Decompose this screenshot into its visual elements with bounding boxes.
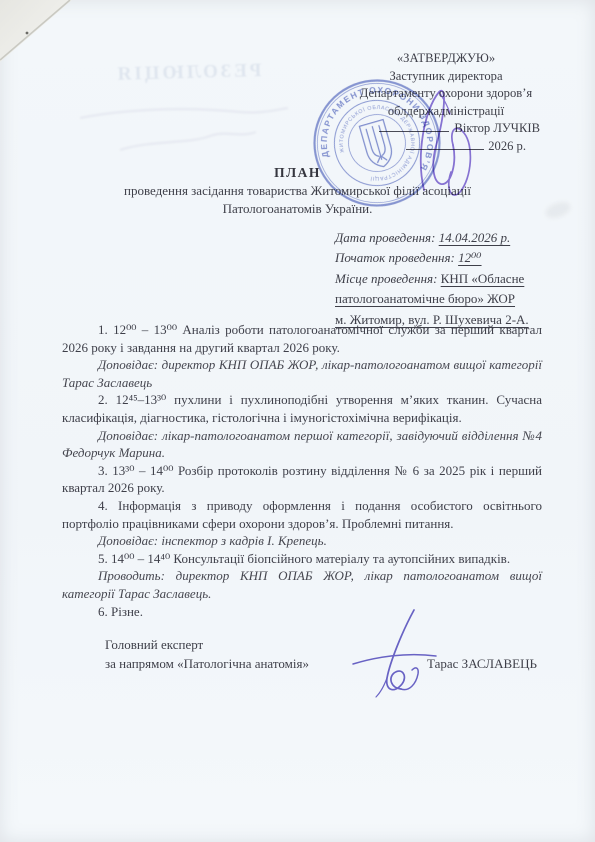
time-label: Початок проведення:	[335, 250, 455, 265]
meeting-meta-block: Дата проведення: 14.04.2026 р. Початок п…	[335, 228, 551, 330]
approval-quote: «ЗАТВЕРДЖУЮ»	[348, 50, 544, 68]
time-value: 12⁰⁰	[458, 250, 481, 265]
footer-position-1: Головний експерт	[105, 636, 309, 655]
agenda-body: 1. 12⁰⁰ – 13⁰⁰ Аналіз роботи патологоана…	[62, 321, 542, 620]
place-value-2: патологоанатомічне бюро» ЖОР	[335, 291, 515, 306]
agenda-item-5: 5. 14⁰⁰ – 14⁴⁰ Консультації біопсійного …	[62, 550, 542, 568]
date-value: 14.04.2026 р.	[439, 230, 511, 245]
meta-time-row: Початок проведення: 12⁰⁰	[335, 248, 551, 268]
title-block: ПЛАН проведення засідання товариства Жит…	[0, 164, 595, 217]
title-subtitle-1: проведення засідання товариства Житомирс…	[0, 182, 595, 200]
place-label: Місце проведення:	[335, 271, 437, 286]
signature-top-ink	[396, 84, 496, 202]
footer-position-2: за напрямом «Патологічна анатомія»	[105, 655, 309, 674]
meta-date-row: Дата проведення: 14.04.2026 р.	[335, 228, 551, 248]
agenda-speaker-1: Доповідає: директор КНП ОПАБ ЖОР, лікар-…	[62, 356, 542, 391]
agenda-item-2: 2. 12⁴⁵–13³⁰ пухлини і пухлиноподібні ут…	[62, 391, 542, 426]
footer-position-block: Головний експерт за напрямом «Патологічн…	[105, 636, 309, 673]
meta-place-row-2: патологоанатомічне бюро» ЖОР	[335, 289, 551, 309]
agenda-speaker-4: Доповідає: інспектор з кадрів І. Крепець…	[62, 532, 542, 550]
signature-bottom-ink	[350, 606, 446, 698]
date-label: Дата проведення:	[335, 230, 435, 245]
page-title: ПЛАН	[0, 164, 595, 182]
title-subtitle-2: Патологоанатомів України.	[0, 200, 595, 218]
meta-place-row-1: Місце проведення: КНП «Обласне	[335, 269, 551, 289]
agenda-item-4: 4. Інформація з приводу оформлення і под…	[62, 497, 542, 532]
corner-fold	[0, 0, 72, 62]
agenda-speaker-5: Проводить: директор КНП ОПАБ ЖОР, лікар …	[62, 567, 542, 602]
agenda-item-3: 3. 13³⁰ – 14⁰⁰ Розбір протоколів розтину…	[62, 462, 542, 497]
scanned-document-page: РЕЗОЛЮЦІЯ «ЗАТВЕРДЖУЮ» Заступник директо…	[0, 0, 595, 842]
agenda-speaker-2: Доповідає: лікар-патологоанатом першої к…	[62, 427, 542, 462]
agenda-item-6: 6. Різне.	[62, 603, 542, 621]
place-value-1: КНП «Обласне	[441, 271, 525, 286]
trident-icon	[359, 120, 395, 170]
bleedthrough-text: РЕЗОЛЮЦІЯ	[88, 59, 289, 86]
agenda-item-1: 1. 12⁰⁰ – 13⁰⁰ Аналіз роботи патологоана…	[62, 321, 542, 356]
